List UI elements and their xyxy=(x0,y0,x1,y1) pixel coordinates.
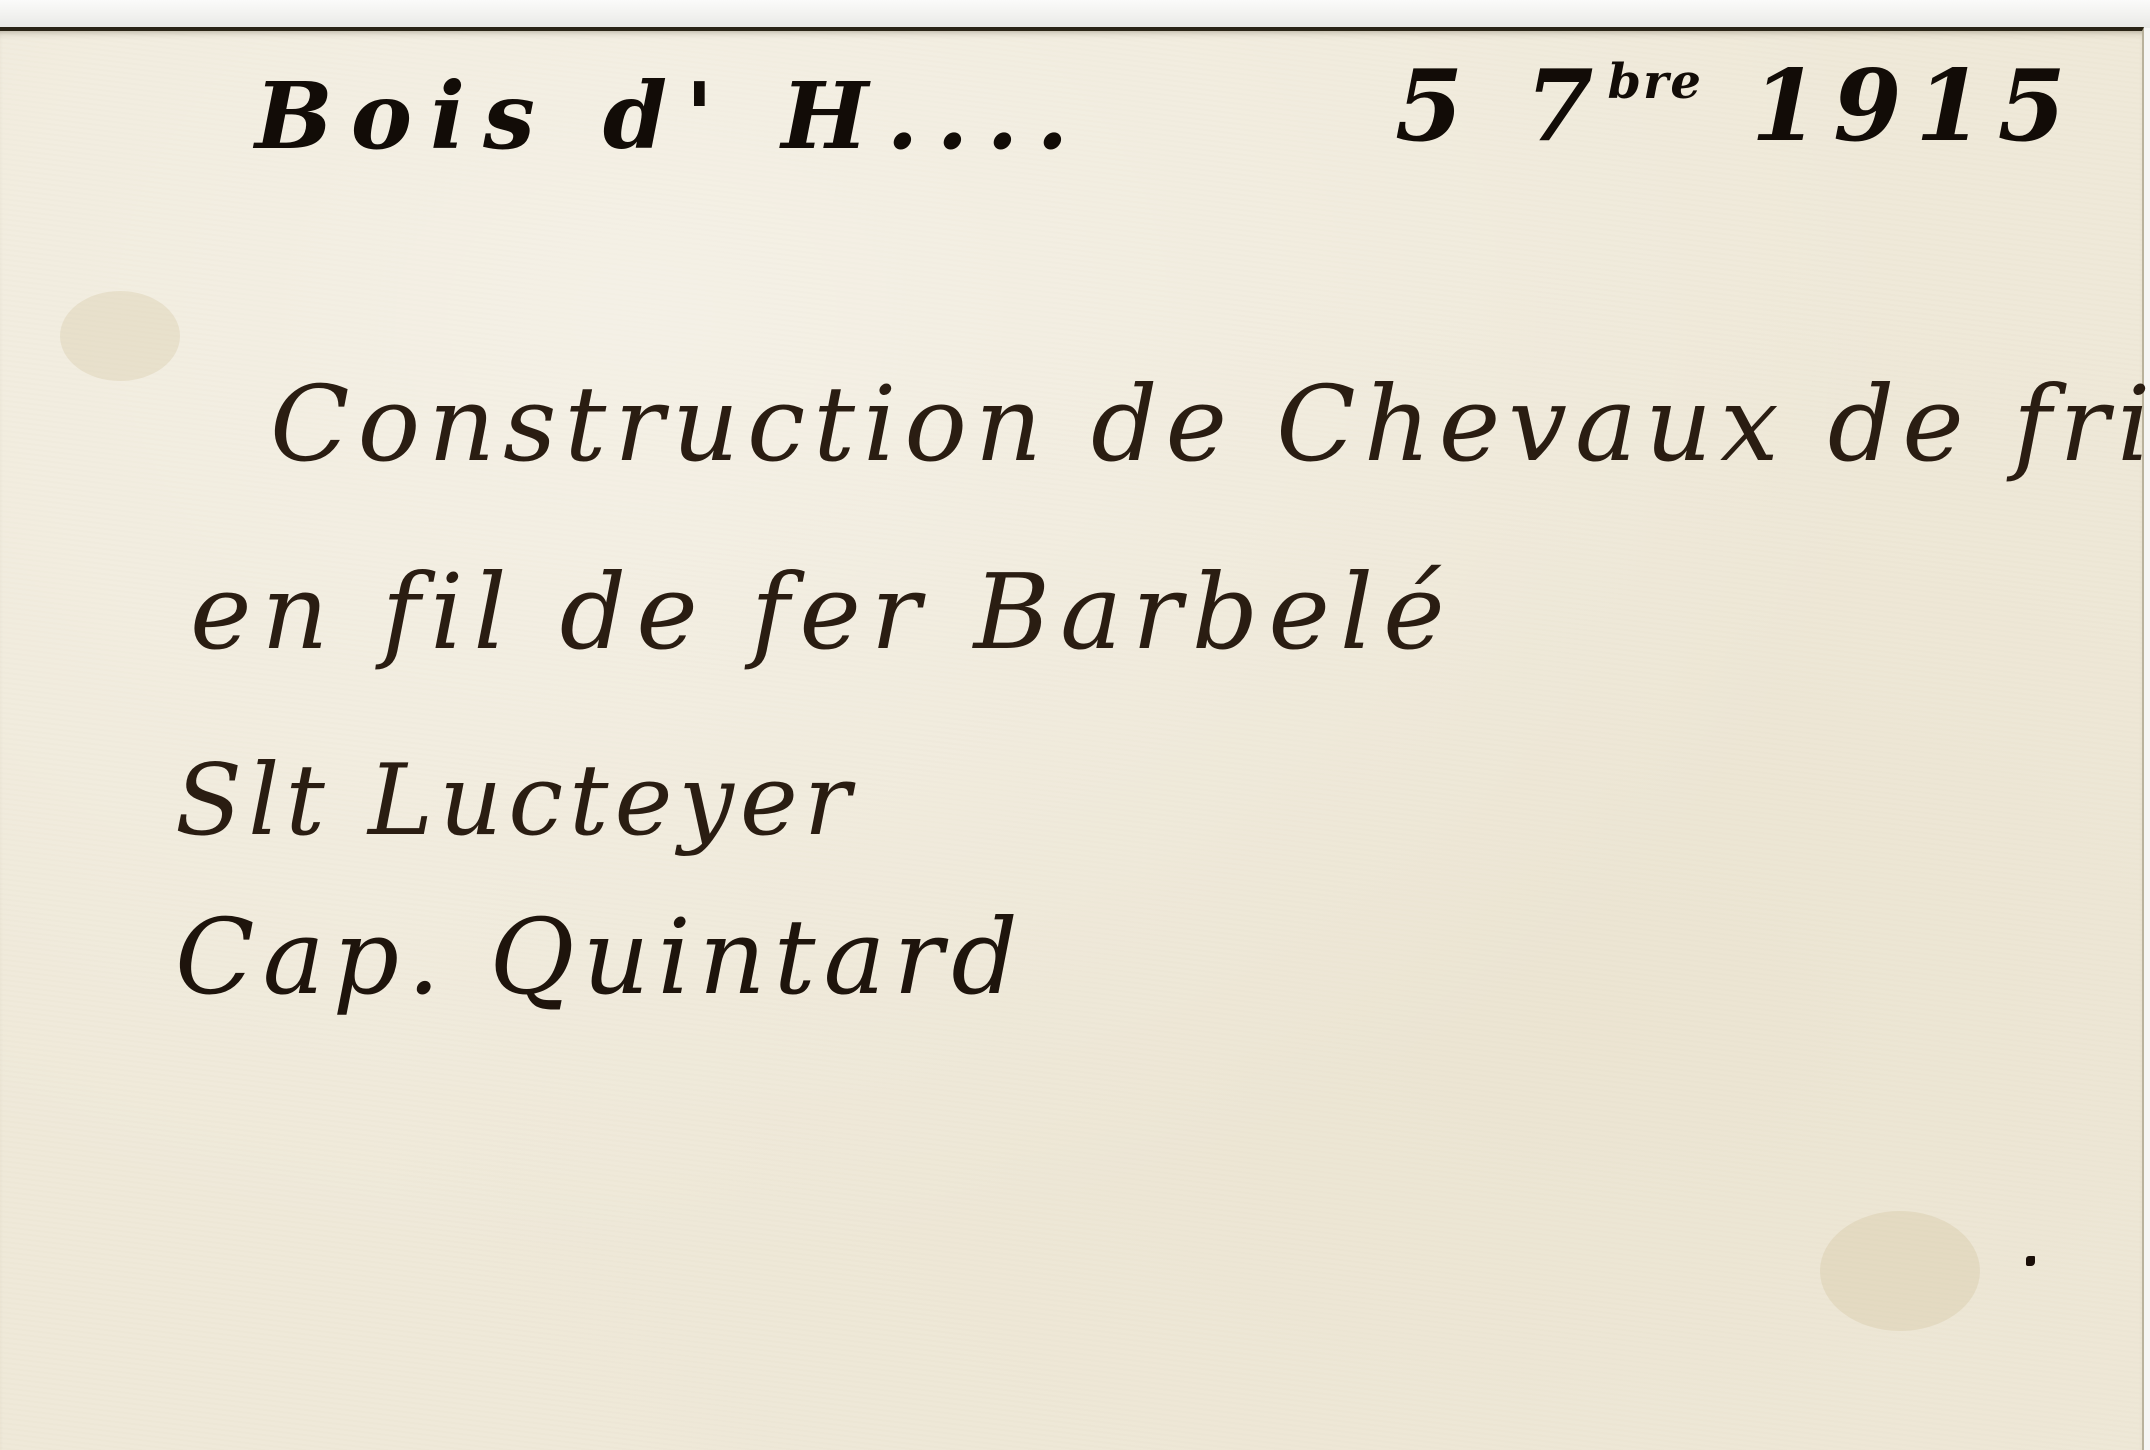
date-heading: 5 7bre 1915 xyxy=(1395,58,2080,156)
date-day: 5 xyxy=(1395,49,1477,164)
date-month-suffix: bre xyxy=(1608,54,1703,110)
date-year: 1915 xyxy=(1751,49,2080,164)
caption-line-construction: Construction de Chevaux de frise xyxy=(270,372,2150,476)
signature-lieutenant: Slt Lucteyer xyxy=(175,752,857,850)
paper-stain xyxy=(60,291,180,381)
signature-captain: Cap. Quintard xyxy=(175,905,1026,1009)
date-month: 7 xyxy=(1525,49,1607,164)
paper-stain xyxy=(1820,1211,1980,1331)
scanned-document: Bois d' H.... 5 7bre 1915 Construction d… xyxy=(0,0,2150,1450)
scanner-background-strip xyxy=(0,0,2150,28)
caption-line-barbed-wire: en fil de fer Barbelé xyxy=(190,560,1455,664)
paper-card xyxy=(0,27,2144,1450)
place-heading: Bois d' H.... xyxy=(255,70,1086,162)
ink-spot xyxy=(2026,1256,2035,1266)
